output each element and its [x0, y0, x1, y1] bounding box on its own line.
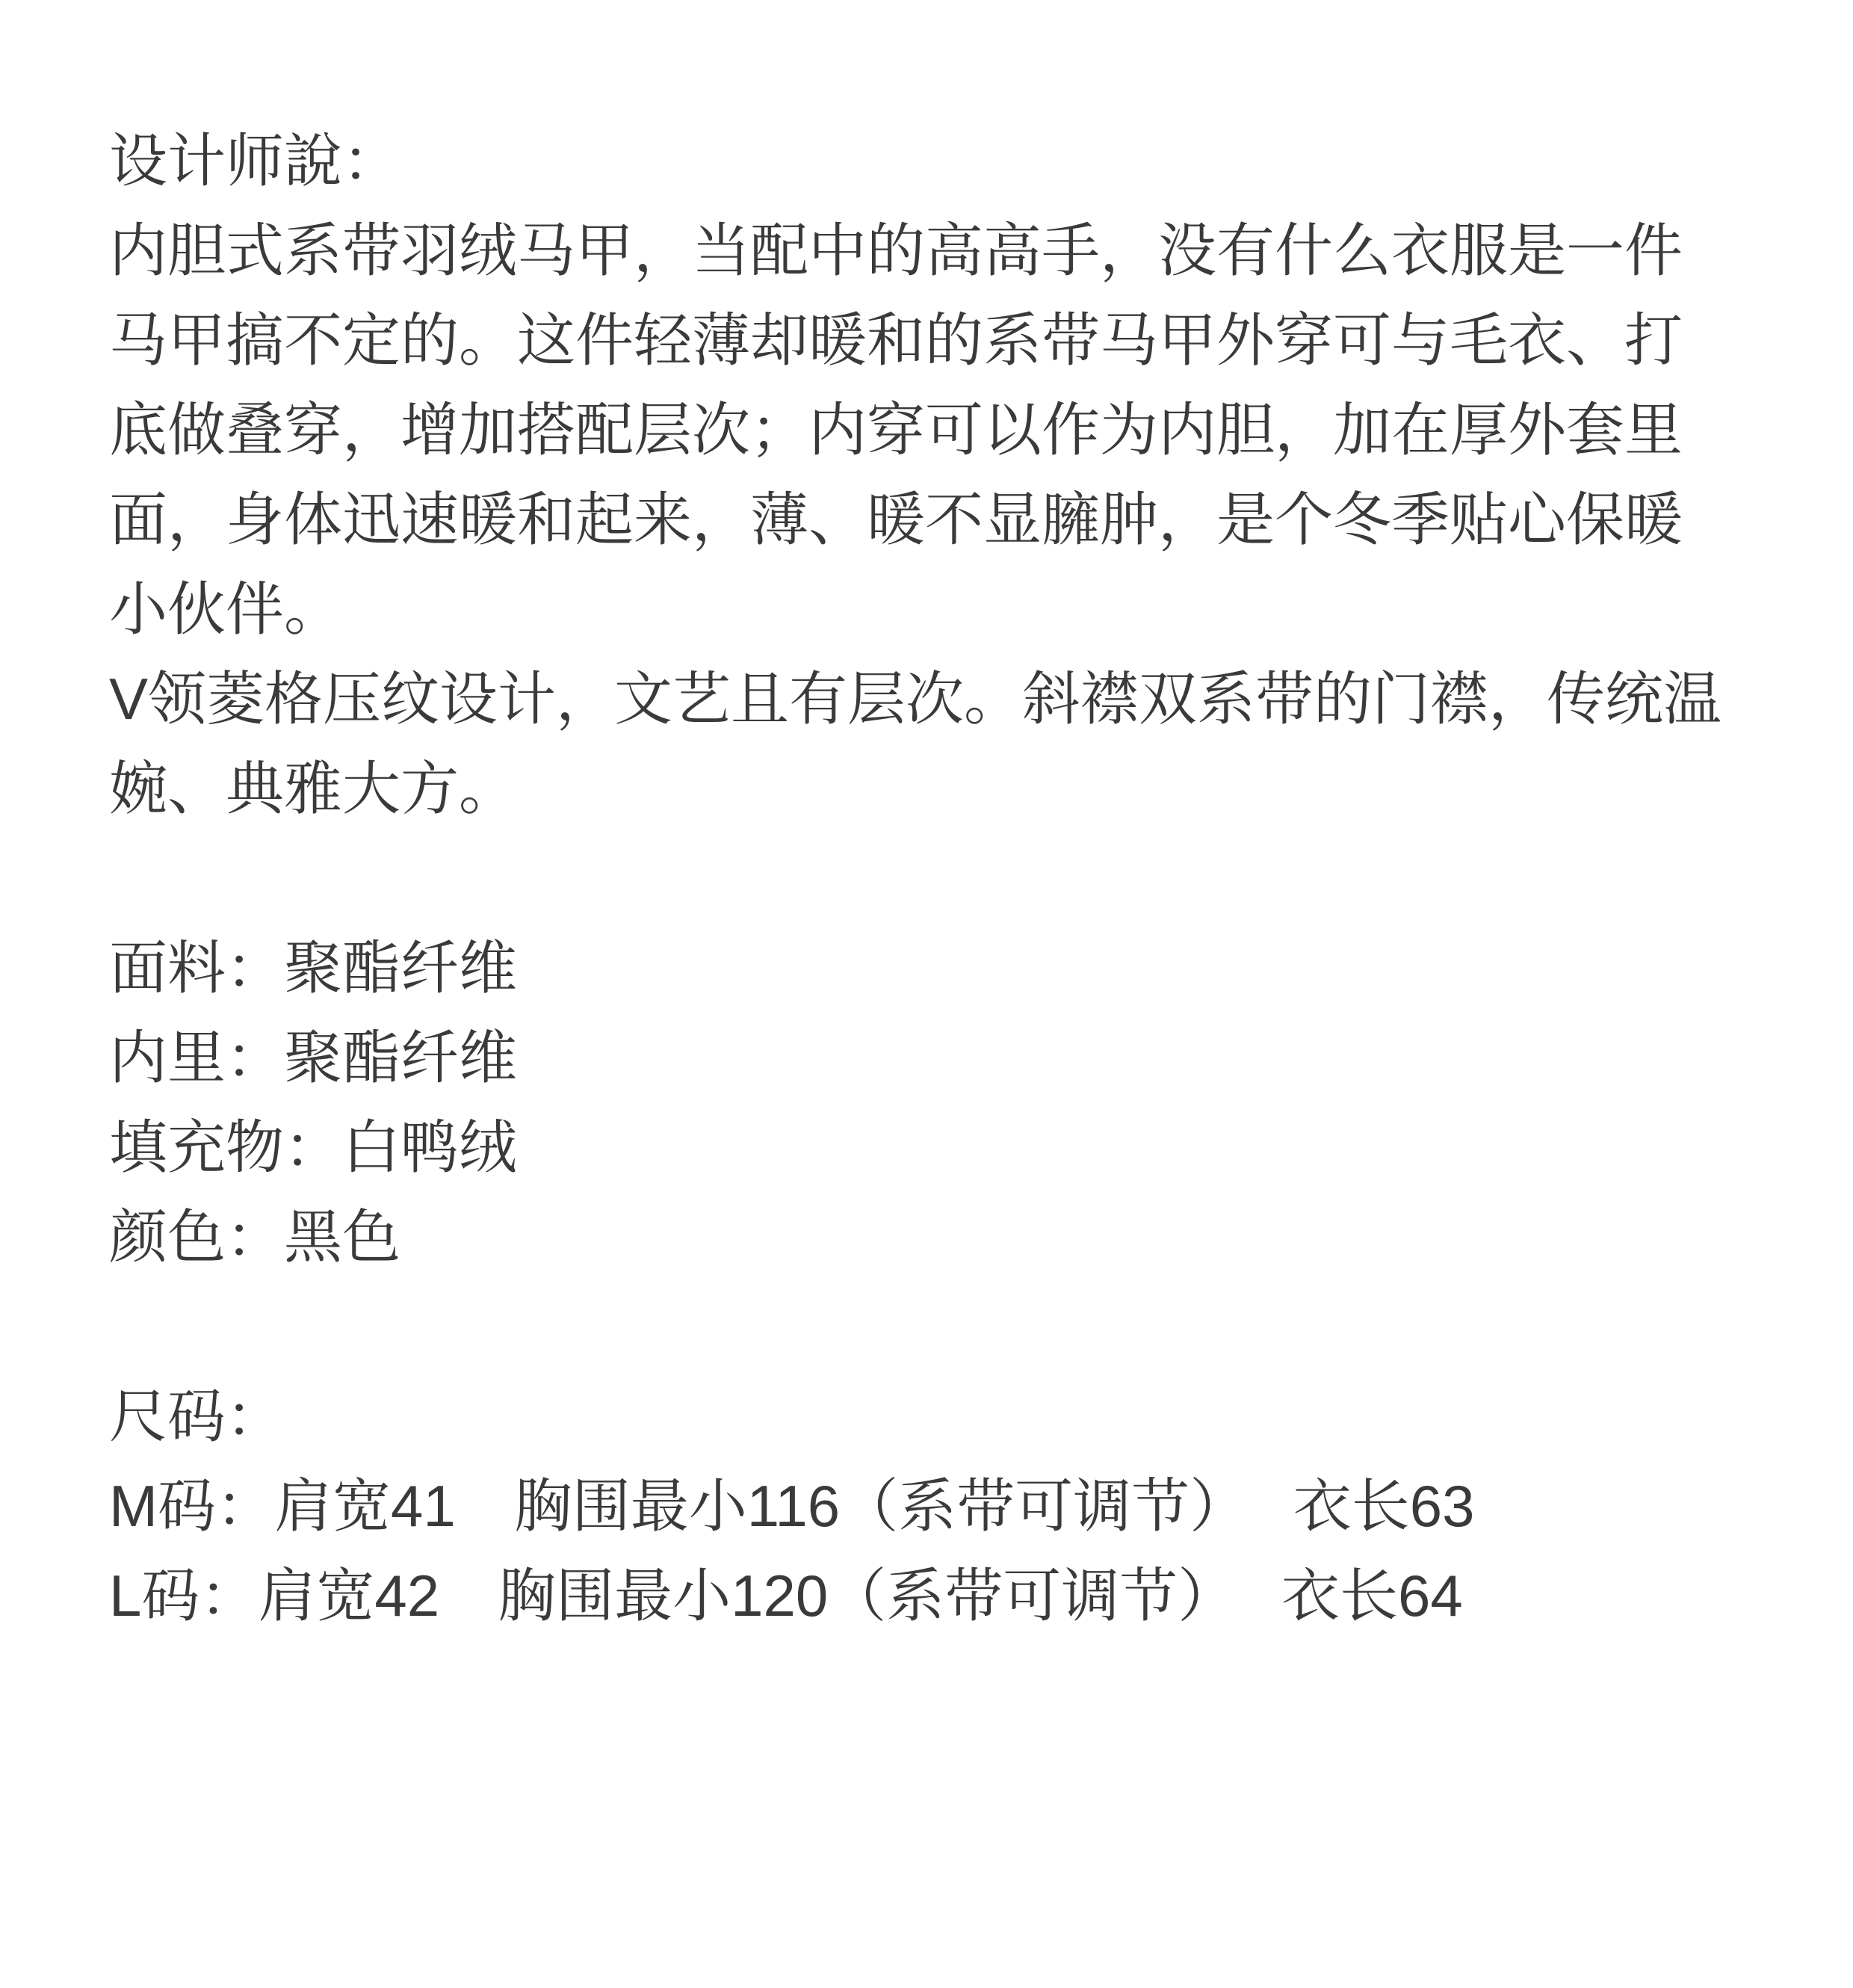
designer-note-line: 马甲搞不定的。这件轻薄却暖和的系带马甲外穿可与毛衣、打 [109, 295, 1778, 385]
designer-note-line: 婉、典雅大方。 [109, 744, 1778, 833]
spec-color: 颜色：黑色 [109, 1192, 1778, 1282]
spec-filling: 填充物：白鸭绒 [109, 1102, 1778, 1192]
designer-note-line: V领菱格压纹设计，文艺且有层次。斜襟双系带的门襟，传统温 [109, 654, 1778, 744]
spec-lining: 内里：聚酯纤维 [109, 1013, 1778, 1102]
blank-line [109, 833, 1778, 923]
designer-note-line: 面，身体迅速暖和起来，薄、暖不显臃肿，是个冬季贴心保暖 [109, 475, 1778, 564]
designer-note-line: 内胆式系带羽绒马甲，当配中的高高手，没有什么衣服是一件 [109, 206, 1778, 295]
size-row-l: L码：肩宽42 胸围最小120（系带可调节） 衣长64 [109, 1551, 1778, 1640]
size-heading: 尺码： [109, 1371, 1778, 1461]
designer-note-heading: 设计师說： [109, 116, 1778, 206]
product-description-document: 设计师說： 内胆式系带羽绒马甲，当配中的高高手，没有什么衣服是一件 马甲搞不定的… [0, 0, 1853, 1640]
blank-line [109, 1282, 1778, 1371]
size-row-m: M码：肩宽41 胸围最小116（系带可调节） 衣长63 [109, 1461, 1778, 1551]
spec-fabric: 面料：聚酯纤维 [109, 923, 1778, 1013]
designer-note-line: 小伙伴。 [109, 564, 1778, 654]
designer-note-line: 底做叠穿，增加搭配层次；内穿可以作为内胆，加在厚外套里 [109, 385, 1778, 475]
